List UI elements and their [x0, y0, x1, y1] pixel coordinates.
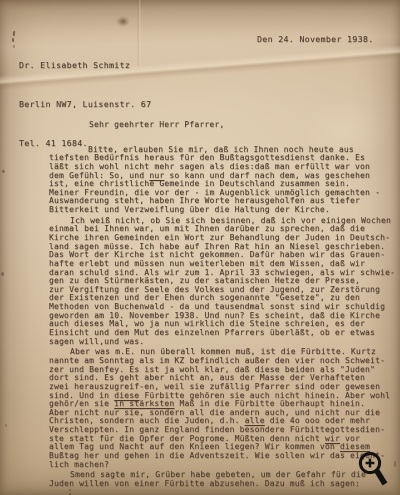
paper-stain [116, 16, 130, 27]
text-line: Juden willen von einer Fürbitte abzusehe… [49, 480, 395, 489]
pencil-mark [13, 31, 16, 36]
sender-street: Berlin NW7, Luisenstr. 67 [19, 98, 151, 111]
paper-speck [1, 272, 4, 276]
paragraph: Aber was m.E. nun überall kommen muß, is… [49, 348, 395, 469]
salutation: Sehr geehrter Herr Pfarrer, [49, 121, 395, 130]
text-line: Bitterkeit und Verzweiflung über die Hal… [49, 206, 395, 215]
text-line: sagen will,und was. [49, 338, 395, 347]
letter-scan: Dr. Elisabeth Schmitz Berlin NW7, Luisen… [0, 0, 400, 495]
paragraph: Bitte, erlauben Sie mir, daß ich Ihnen n… [49, 146, 395, 215]
paper-speck [5, 424, 7, 427]
date-line: Den 24. November 1938. [257, 33, 374, 46]
text-line: lich machen? [49, 461, 395, 470]
paragraph: Smend sagte mir, Grüber habe gebeten, um… [49, 471, 395, 488]
paragraph: Ich weiß nicht, ob Sie sich besinnen, da… [49, 217, 395, 346]
paper-speck [2, 170, 5, 173]
letter-body: Sehr geehrter Herr Pfarrer, Bitte, erlau… [49, 121, 395, 491]
sender-name: Dr. Elisabeth Schmitz [19, 59, 151, 72]
pencil-mark [13, 45, 15, 48]
pencil-mark [12, 38, 14, 42]
zoom-in-icon[interactable] [356, 450, 390, 490]
